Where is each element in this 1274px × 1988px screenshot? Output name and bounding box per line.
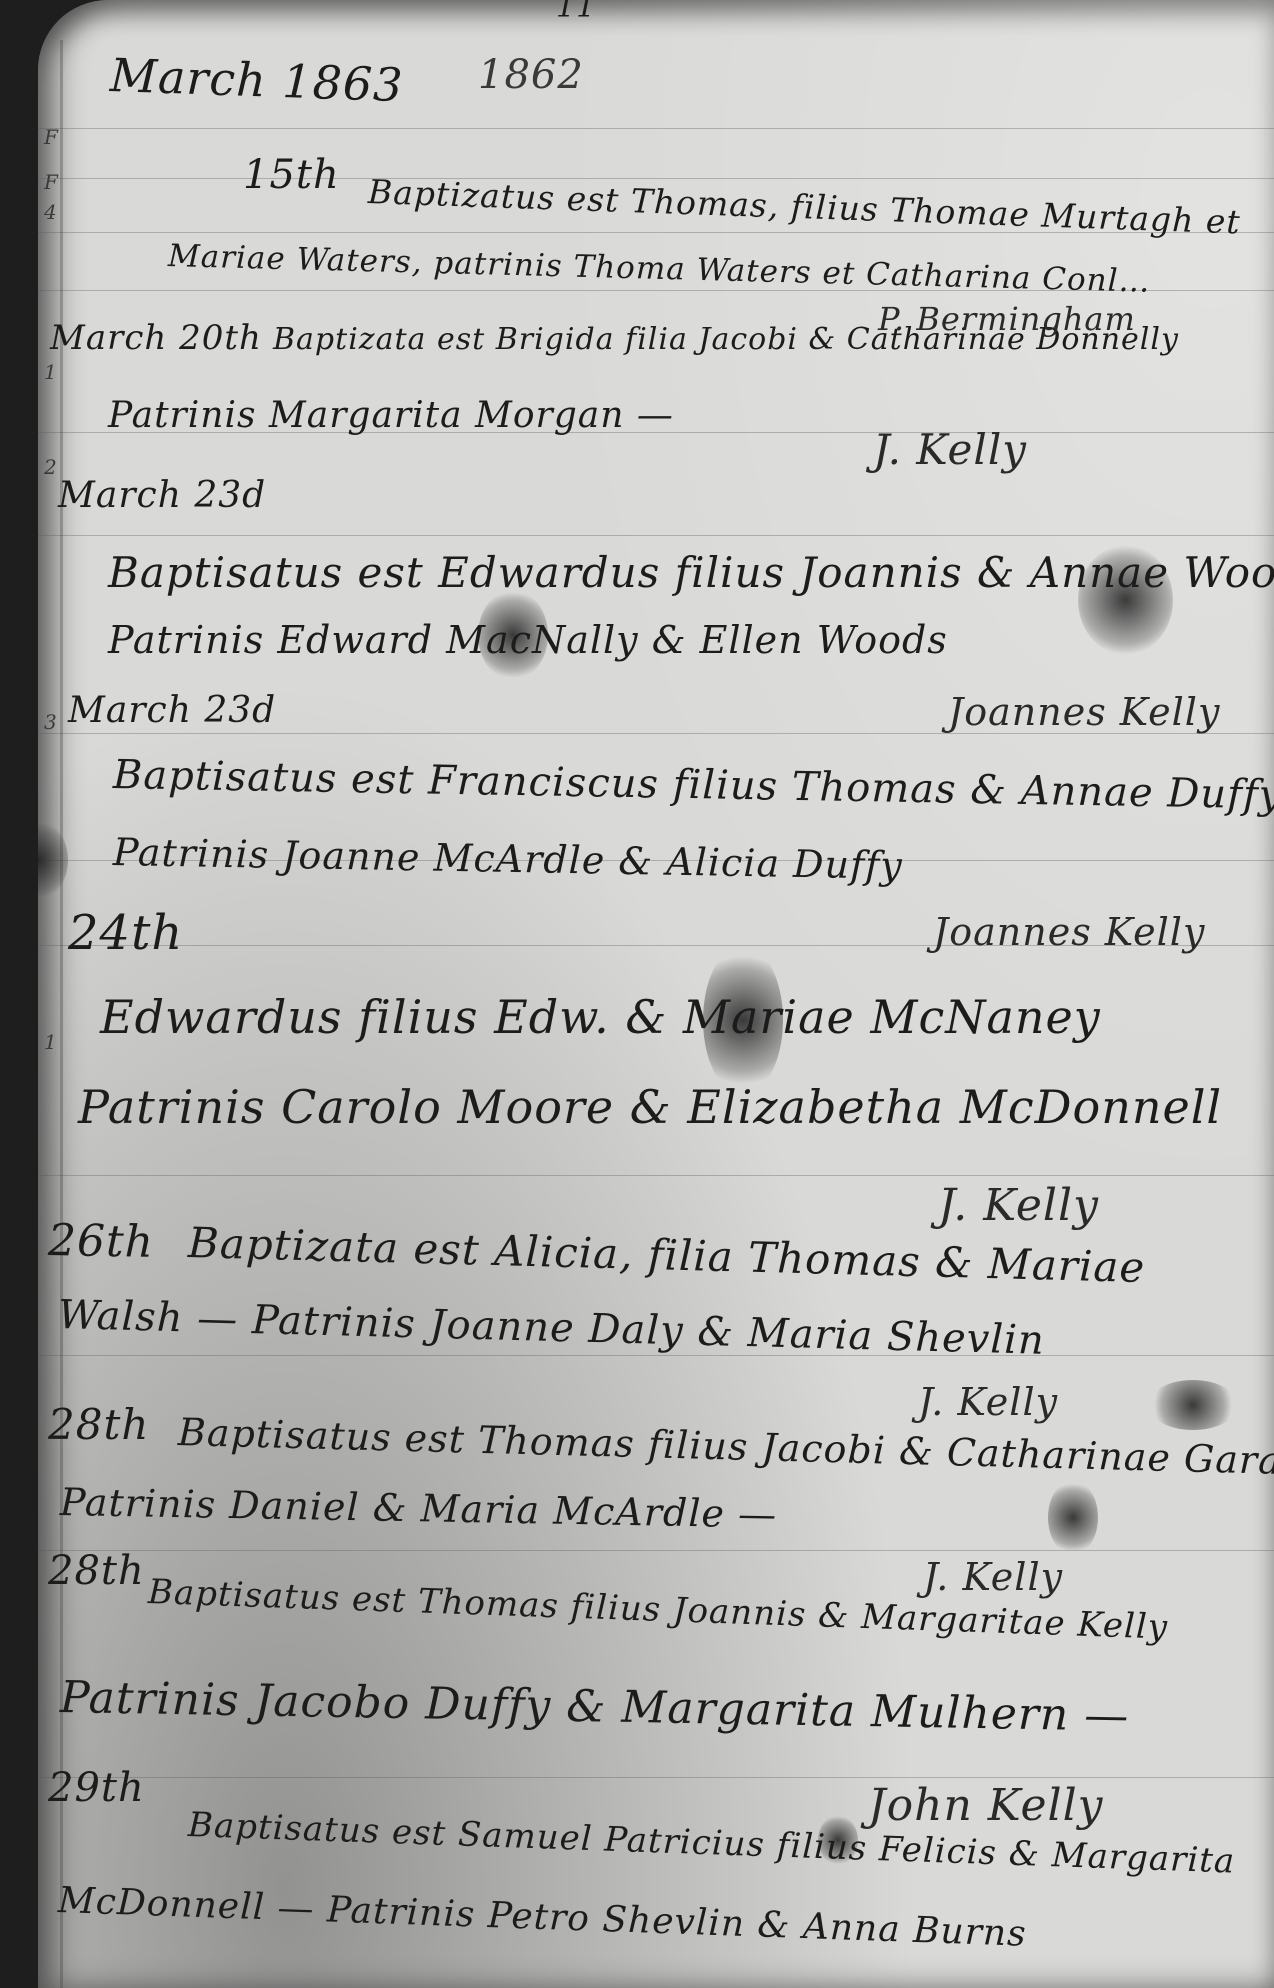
- entry-line: Patrinis Carolo Moore & Elizabetha McDon…: [78, 1080, 1222, 1134]
- margin-mark: 3: [44, 710, 57, 734]
- entry-date: 26th: [48, 1215, 155, 1268]
- register-page: F F 4 1 2 3 1 11 March 1863 1862 15th Ba…: [38, 0, 1274, 1988]
- officiant-signature: J. Kelly: [923, 1555, 1063, 1599]
- ruled-line: [38, 178, 1274, 179]
- entry-date: 24th: [68, 905, 183, 961]
- entry-line: Patrinis Edward MacNally & Ellen Woods: [108, 618, 948, 662]
- entry-date: 28th: [48, 1400, 149, 1449]
- margin-mark: F: [44, 170, 58, 194]
- entry-line: Baptisatus est Franciscus filius Thomas …: [113, 752, 1274, 818]
- margin-mark: F: [44, 125, 58, 149]
- header-month-year: March 1863: [109, 48, 404, 112]
- ink-blot: [1148, 1380, 1238, 1430]
- entry-line: McDonnell — Patrinis Petro Shevlin & Ann…: [57, 1880, 1027, 1955]
- entry-line: Patrinis Jacobo Duffy & Margarita Mulher…: [60, 1672, 1130, 1742]
- entry-line: Walsh — Patrinis Joanne Daly & Maria She…: [57, 1292, 1045, 1364]
- entry-line: Edwardus filius Edw. & Mariae McNaney: [100, 990, 1101, 1044]
- entry-date: March 23d: [58, 475, 266, 516]
- ruled-line: [38, 1777, 1274, 1778]
- entry-date: March 20th: [50, 318, 262, 358]
- officiant-signature: J. Kelly: [873, 425, 1027, 474]
- officiant-signature: J. Kelly: [918, 1380, 1058, 1424]
- header-alt-year: 1862: [478, 52, 584, 98]
- margin-mark: 1: [44, 1030, 57, 1054]
- officiant-signature: P. Bermingham: [878, 300, 1136, 338]
- entry-line: Patrinis Joanne McArdle & Alicia Duffy: [113, 830, 903, 888]
- officiant-signature: Joannes Kelly: [933, 910, 1205, 954]
- margin-mark: 2: [44, 455, 57, 479]
- ruled-line: [38, 1355, 1274, 1356]
- entry-date: 28th: [48, 1548, 145, 1594]
- ruled-line: [38, 128, 1274, 129]
- entry-date: 29th: [48, 1765, 145, 1811]
- entry-date: 15th: [243, 152, 340, 198]
- entry-line: Patrinis Margarita Morgan —: [108, 395, 674, 436]
- ruled-line: [38, 1175, 1274, 1176]
- entry-line: Baptisatus est Thomas filius Jacobi & Ca…: [177, 1410, 1274, 1485]
- top-mark: 11: [556, 0, 596, 25]
- margin-mark: 4: [44, 200, 57, 224]
- ink-blot: [1048, 1480, 1098, 1555]
- entry-line: Baptisatus est Edwardus filius Joannis &…: [108, 548, 1274, 597]
- entry-date: March 23d: [68, 690, 276, 731]
- margin-mark: 1: [44, 360, 57, 384]
- ruled-line: [38, 535, 1274, 536]
- officiant-signature: Joannes Kelly: [948, 690, 1220, 734]
- officiant-signature: John Kelly: [868, 1780, 1104, 1831]
- entry-line: Patrinis Daniel & Maria McArdle —: [60, 1480, 778, 1537]
- ruled-line: [38, 1550, 1274, 1551]
- officiant-signature: J. Kelly: [938, 1180, 1099, 1231]
